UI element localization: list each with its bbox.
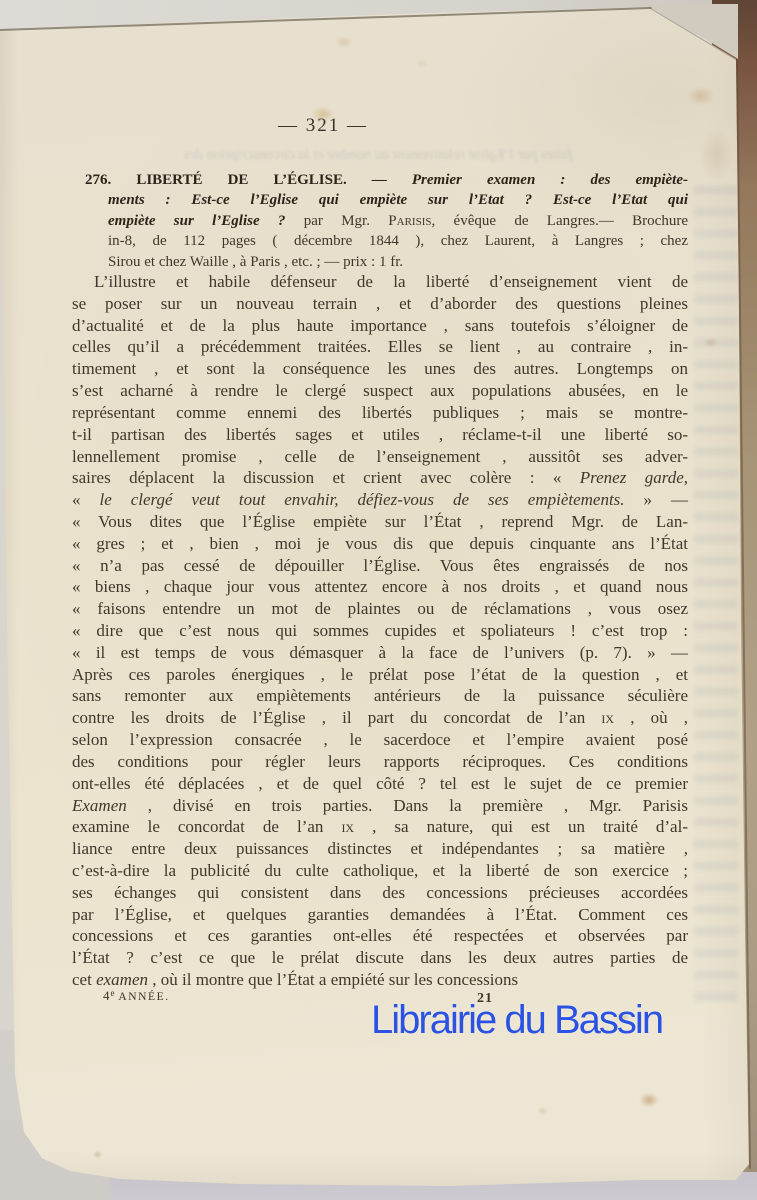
foxing-spot [694, 120, 738, 190]
text-line: « biens , chaque jour vous attentez enco… [72, 576, 688, 598]
foxing-spot [414, 58, 430, 69]
text-run: « biens , chaque jour vous attentez enco… [72, 577, 688, 596]
text-line: liance entre deux puissances distinctes … [72, 838, 688, 860]
text-line: sans remonter aux empiètements antérieur… [72, 685, 688, 707]
text-line: l’État ? c’est ce que le prélat discute … [72, 947, 688, 969]
text-run: « dire que c’est nous qui sommes cupides… [72, 621, 688, 640]
text-line: empiète sur l’Eglise ? par Mgr. Parisis,… [108, 211, 688, 231]
text-run: empiète sur l’Eglise ? [108, 213, 304, 229]
text-run: « [72, 490, 99, 509]
foxing-spot [92, 1150, 103, 1159]
text-run: , divisé en trois parties. Dans la premi… [127, 796, 688, 815]
verso-ink-bleed-column [694, 186, 738, 1004]
text-line: « Vous dites que l’Église empiète sur l’… [72, 511, 688, 533]
text-line: timement , et sont la conséquence les un… [72, 358, 688, 380]
text-line: contre les droits de l’Église , il part … [72, 707, 688, 729]
book-page-photo: faites par l’Eglise relativement au nomb… [0, 0, 757, 1200]
text-run: par l’Église, et quelques garanties dema… [72, 905, 688, 924]
text-run: t-il partisan des libertés sages et util… [72, 425, 688, 444]
text-run: Examen [72, 796, 127, 815]
text-run: examine le concordat de l’an [72, 817, 341, 836]
text-line: s’est acharné à rendre le clergé suspect… [72, 380, 688, 402]
text-run: représentant comme ennemi des libertés p… [72, 403, 688, 422]
text-run: « n’a pas cessé de dépouiller l’Église. … [72, 556, 688, 575]
text-run: ix [601, 708, 614, 727]
bibliographic-entry: 276. LIBERTÉ DE L’ÉGLISE. — Premier exam… [85, 170, 688, 272]
text-run: Parisis [388, 213, 431, 229]
text-line: « dire que c’est nous qui sommes cupides… [72, 620, 688, 642]
text-run: ments : Est-ce l’Eglise qui empiète sur … [108, 192, 688, 208]
text-run: , sa nature, qui est un traité d’al- [354, 817, 688, 836]
text-run: sans remonter aux empiètements antérieur… [72, 686, 688, 705]
text-run: c’est-à-dire la publicité du culte catho… [72, 861, 688, 880]
text-run: des conditions pour régler leurs rapport… [72, 752, 688, 771]
text-line: 276. LIBERTÉ DE L’ÉGLISE. — Premier exam… [85, 170, 688, 190]
text-run: cet [72, 970, 96, 989]
volume-footer: 4e ANNÉE. [103, 988, 170, 1004]
text-line: lennellement promise , celle de l’enseig… [72, 446, 688, 468]
text-line: L’illustre et habile défenseur de la lib… [72, 271, 688, 293]
bookseller-watermark: Librairie du Bassin [371, 998, 662, 1043]
text-run: , où , [614, 708, 688, 727]
text-run: l’État ? c’est ce que le prélat discute … [72, 948, 688, 967]
text-line: « le clergé veut tout envahir, défiez-vo… [72, 489, 688, 511]
text-run: « il est temps de vous démasquer à la fa… [72, 643, 688, 662]
text-run: examen [96, 970, 148, 989]
text-run: s’est acharné à rendre le clergé suspect… [72, 381, 688, 400]
text-line: Sirou et chez Waille , à Paris , etc. ; … [108, 252, 688, 272]
page-number-heading: — 321 — [0, 115, 646, 137]
text-run: ont-elles été déplacées , et de quel côt… [72, 774, 688, 793]
text-line: d’actualité et de la plus haute importan… [72, 315, 688, 337]
text-line: celles qu’il a précédemment traitées. El… [72, 336, 688, 358]
text-line: ont-elles été déplacées , et de quel côt… [72, 773, 688, 795]
text-run: , où il montre que l’État a empiété sur … [148, 970, 518, 989]
text-run: Premier examen : des empiète- [412, 172, 688, 188]
foxing-spot [332, 34, 356, 50]
text-line: in-8, de 112 pages ( décembre 1844 ), ch… [108, 231, 688, 251]
text-run: Après ces paroles énergiques , le prélat… [72, 665, 688, 684]
text-run: lennellement promise , celle de l’enseig… [72, 447, 688, 466]
foxing-spot [684, 84, 718, 108]
text-line: selon l’expression consacrée , le sacerd… [72, 729, 688, 751]
text-line: saires déplacent la discussion et crient… [72, 467, 688, 489]
text-run: Prenez garde, [580, 468, 688, 487]
paper-page: faites par l’Eglise relativement au nomb… [0, 0, 757, 1200]
text-run: ix [341, 817, 354, 836]
text-line: Examen , divisé en trois parties. Dans l… [72, 795, 688, 817]
text-line: « il est temps de vous démasquer à la fa… [72, 642, 688, 664]
text-line: des conditions pour régler leurs rapport… [72, 751, 688, 773]
text-line: par l’Église, et quelques garanties dema… [72, 904, 688, 926]
text-run: ses échanges qui consistent dans des con… [72, 883, 688, 902]
text-line: ses échanges qui consistent dans des con… [72, 882, 688, 904]
text-run: » — [625, 490, 688, 509]
text-run: « faisons entendre un mot de plaintes ou… [72, 599, 688, 618]
text-run: , évêque de Langres.— Brochure [431, 213, 688, 229]
text-run: par Mgr. [304, 213, 389, 229]
text-run: concessions et ces garanties ont-elles é… [72, 926, 688, 945]
text-run: se poser sur un nouveau terrain , et d’a… [72, 294, 688, 313]
text-run: saires déplacent la discussion et crient… [72, 468, 580, 487]
text-run: le clergé veut tout envahir, défiez-vous… [99, 490, 624, 509]
volume-word: ANNÉE. [115, 991, 170, 1003]
review-paragraph: L’illustre et habile défenseur de la lib… [72, 271, 688, 991]
text-run: liance entre deux puissances distinctes … [72, 839, 688, 858]
text-run: contre les droits de l’Église , il part … [72, 708, 601, 727]
foxing-spot [536, 1106, 549, 1116]
text-run: timement , et sont la conséquence les un… [72, 359, 688, 378]
text-line: ments : Est-ce l’Eglise qui empiète sur … [108, 190, 688, 210]
text-line: « gres ; et , bien , moi je vous dis que… [72, 533, 688, 555]
text-line: représentant comme ennemi des libertés p… [72, 402, 688, 424]
text-line: concessions et ces garanties ont-elles é… [72, 925, 688, 947]
foxing-spot [636, 1090, 662, 1110]
text-line: « n’a pas cessé de dépouiller l’Église. … [72, 555, 688, 577]
text-line: Après ces paroles énergiques , le prélat… [72, 664, 688, 686]
text-run: in-8, de 112 pages ( décembre 1844 ), ch… [108, 233, 688, 249]
text-run: selon l’expression consacrée , le sacerd… [72, 730, 688, 749]
text-line: se poser sur un nouveau terrain , et d’a… [72, 293, 688, 315]
text-run: L’illustre et habile défenseur de la lib… [94, 272, 688, 291]
text-run: Sirou et chez Waille , à Paris , etc. ; … [108, 254, 403, 270]
text-line: examine le concordat de l’an ix , sa nat… [72, 816, 688, 838]
verso-ink-bleed-line: faites par l’Eglise relativement au nomb… [70, 147, 686, 164]
text-run: celles qu’il a précédemment traitées. El… [72, 337, 688, 356]
text-run: d’actualité et de la plus haute importan… [72, 316, 688, 335]
text-run: « Vous dites que l’Église empiète sur l’… [72, 512, 688, 531]
text-run: « gres ; et , bien , moi je vous dis que… [72, 534, 688, 553]
text-line: c’est-à-dire la publicité du culte catho… [72, 860, 688, 882]
text-run: 276. LIBERTÉ DE L’ÉGLISE. — [85, 172, 412, 188]
text-line: t-il partisan des libertés sages et util… [72, 424, 688, 446]
text-line: « faisons entendre un mot de plaintes ou… [72, 598, 688, 620]
volume-number: 4 [103, 988, 111, 1003]
